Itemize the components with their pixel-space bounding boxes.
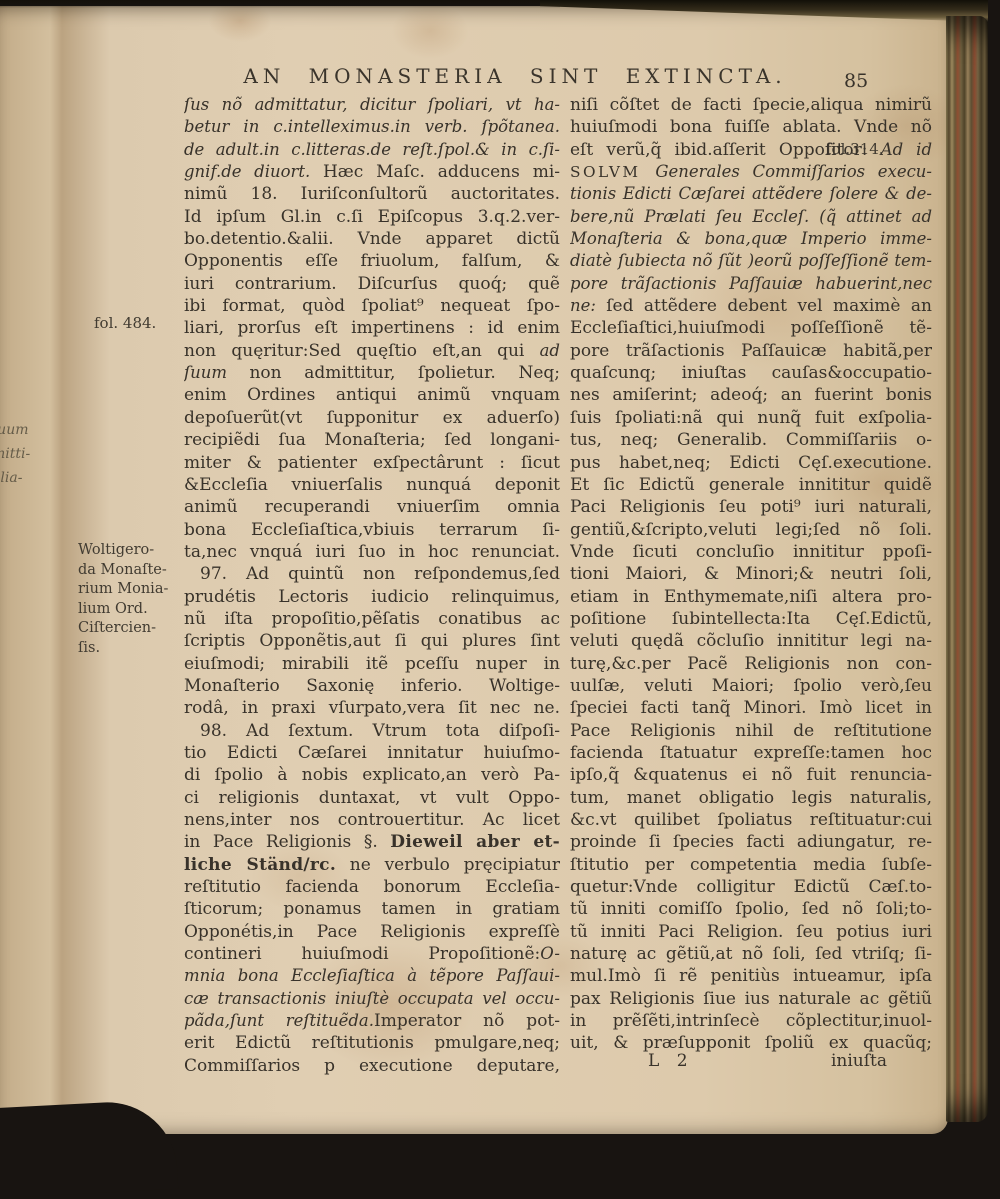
running-head: AN MONASTERIA SINT EXTINCTA. [190, 64, 840, 88]
note-line: rium Monia- [78, 580, 190, 600]
text-line: naturę ac gẽtiũ,at nõ ſoli, ſed vtriſq; … [570, 943, 932, 965]
text-line: in prẽſẽti,intrinſecè cõplectitur,inuol- [570, 1010, 932, 1032]
text-segment: Imperator nõ pot- [374, 1011, 560, 1031]
text-line: ſus nõ admittatur, dicitur ſpoliari, vt … [184, 94, 560, 116]
catchword: iniuſta [831, 1051, 887, 1074]
text-segment: etiam in Enthymemate,niſi altera pro- [570, 587, 932, 607]
page-number: 85 [844, 70, 868, 92]
text-segment: uulſæ, veluti Maiori; ſpolio verò,ſeu [570, 676, 932, 696]
text-line: bo.detentio.&alii. Vnde apparet dictũ [184, 228, 560, 250]
text-line: tio Edicti Cæſarei innitatur huiuſmo- [184, 742, 560, 764]
text-line: betur in c.intelleximus.in verb. ſpõtane… [184, 116, 560, 138]
text-segment: depoſuerũt(vt ſupponitur ex aduerſo) [184, 408, 560, 428]
text-segment: nens,inter nos controuertitur. Ac licet [184, 810, 560, 830]
text-segment: recipiẽdi ſua Monaſteria; ſed longani- [184, 430, 560, 450]
text-segment: niſi cõſtet de facti ſpecie,aliqua nimir… [570, 95, 932, 115]
text-line: niſi cõſtet de facti ſpecie,aliqua nimir… [570, 94, 932, 116]
text-line: &Eccleſia vniuerſalis nunquá deponit [184, 474, 560, 496]
book-top-edge [0, 0, 560, 8]
text-line: Monaſterio Saxonię inferio. Woltige- [184, 675, 560, 697]
text-line: eſt verũ,q̃ ibid.aſſerit Oppoſitor: Ad i… [570, 139, 932, 161]
text-segment: huiuſmodi bona fuiſſe ablata. Vnde nõ [570, 117, 932, 137]
text-line: diatè ſubiecta nõ ſũt )eorũ poſſeſſionẽ … [570, 250, 932, 272]
text-segment: SOLVM [570, 163, 655, 181]
note-line: mitti- [0, 442, 30, 466]
text-segment: pãda,ſunt reſtituẽda. [184, 1011, 374, 1030]
text-line: Et ſic Edictũ generale innititur quidẽ [570, 474, 932, 496]
text-segment: bona Eccleſiaſtica,vbiuis terrarum ſi- [184, 520, 560, 540]
text-segment: Commiſſarios p executione deputare, [184, 1056, 560, 1076]
text-segment: ſuum [184, 363, 249, 382]
text-segment: Vnde ſicuti concluſio innititur ppoſi- [570, 542, 932, 562]
text-segment: nũ iſta propoſitio,pẽſatis conatibus ac [184, 609, 560, 629]
text-line: miter & patienter exſpectârunt : ſicut [184, 452, 560, 474]
text-line: Opponentis eſſe friuolum, falſum, & [184, 250, 560, 272]
text-segment: ſpeciei facti tanq̃ Minori. Imò licet in [570, 698, 932, 718]
text-line: Pace Religionis nihil de reſtitutione [570, 720, 932, 742]
text-segment: eſt verũ,q̃ ibid.aſſerit Oppoſitor: [570, 140, 881, 160]
text-line: facienda ſtatuatur expreſſe:tamen hoc [570, 742, 932, 764]
text-segment: tioni Maiori, & Minori;& neutri ſoli, [570, 564, 932, 584]
text-segment: di ſpolio à nobis explicato,an verò Pa- [184, 765, 560, 785]
text-line: contineri huiuſmodi Propoſitionẽ:O- [184, 943, 560, 965]
note-line: olia- [0, 466, 30, 490]
text-segment: ibi format, quòd ſpoliat⁹ nequeat ſpo- [184, 296, 560, 316]
text-line: de adult.in c.litteras.de reſt.ſpol.& in… [184, 139, 560, 161]
text-line: animũ recuperandi vniuerſim omnia [184, 496, 560, 518]
text-segment: liche Ständ/rc. [184, 855, 336, 875]
text-line: SOLVM Generales Commiſſarios execu- [570, 161, 932, 183]
text-segment: bo.detentio.&alii. Vnde apparet dictũ [184, 229, 560, 249]
signature-mark: L 2 [648, 1051, 694, 1074]
note-line: ſis. [78, 639, 190, 659]
text-segment: gnif.de diuort. [184, 162, 323, 181]
text-segment: proinde ſi ſpecies facti adiungatur, re- [570, 832, 932, 852]
text-line: eiuſmodi; mirabili itẽ pceſſu nuper in [184, 653, 560, 675]
text-line: bona Eccleſiaſtica,vbiuis terrarum ſi- [184, 519, 560, 541]
text-line: pore trãſactionis Paſſauiæ habuerint,nec [570, 273, 932, 295]
text-segment: pore trãſactionis Paſſauiæ habuerint,nec [570, 274, 932, 293]
text-line: quetur:Vnde colligitur Edictũ Cæſ.to- [570, 876, 932, 898]
text-segment: enim Ordines antiqui animũ vnquam [184, 385, 560, 405]
text-line: ta,nec vnquá iuri ſuo in hoc renunciat. [184, 541, 560, 563]
signature-line: L 2 iniuſta [570, 1051, 932, 1074]
text-segment: tus, neq; Generalib. Commiſſariis o- [570, 430, 932, 450]
text-segment: miter & patienter exſpectârunt : ſicut [184, 453, 560, 473]
text-line: cæ transactionis iniuſtè occupata vel oc… [184, 988, 560, 1010]
text-segment: Monaſterio Saxonię inferio. Woltige- [184, 676, 560, 696]
text-line: &c.vt quilibet ſpoliatus reſtituatur:cui [570, 809, 932, 831]
text-line: in Pace Religionis §. Dieweil aber et- [184, 831, 560, 853]
text-line: huiuſmodi bona fuiſſe ablata. Vnde nõ [570, 116, 932, 138]
text-segment: nes amiſerint; adeoq́; an fuerint bonis [570, 385, 932, 405]
text-line: ſpeciei facti tanq̃ Minori. Imò licet in [570, 697, 932, 719]
text-segment: ſuis ſpoliati:nã qui nunq̃ fuit exſpolia… [570, 408, 932, 428]
text-segment: ſus nõ admittatur, dicitur ſpoliari, vt … [184, 95, 560, 114]
text-segment: O- [540, 944, 560, 963]
text-segment: in prẽſẽti,intrinſecè cõplectitur,inuol- [570, 1011, 932, 1031]
text-line: 97. Ad quintũ non reſpondemus,ſed [184, 563, 560, 585]
text-line: 98. Ad ſextum. Vtrum tota diſpoſi- [184, 720, 560, 742]
text-line: gentiũ,&ſcripto,veluti legi;ſed nõ ſoli. [570, 519, 932, 541]
text-line: ipſo,q̃ &quatenus ei nõ fuit renuncia- [570, 764, 932, 786]
text-segment: ta,nec vnquá iuri ſuo in hoc renunciat. [184, 542, 560, 562]
text-segment: naturę ac gẽtiũ,at nõ ſoli, ſed vtriſq; … [570, 944, 932, 964]
text-segment: de adult.in c.litteras.de reſt.ſpol.& in… [184, 140, 560, 159]
text-segment: 97. Ad quintũ non reſpondemus,ſed [200, 564, 560, 584]
text-segment: poſitione ſubintellecta:Ita Cęſ.Edictũ, [570, 609, 932, 629]
text-segment: ſticorum; ponamus tamen in gratiam [184, 899, 560, 919]
text-line: Paci Religionis ſeu poti⁹ iuri naturali, [570, 496, 932, 518]
text-line: pus habet,neq; Edicti Cęſ.executione. [570, 452, 932, 474]
text-segment: mul.Imò ſi rẽ penitiùs intueamur, ipſa [570, 966, 932, 986]
text-segment: non quęritur:Sed quęſtio eſt,an qui [184, 341, 540, 361]
text-segment: pax Religionis ſiue ius naturale ac gẽti… [570, 989, 932, 1009]
note-line: lium Ord. [78, 600, 190, 620]
text-segment: eiuſmodi; mirabili itẽ pceſſu nuper in [184, 654, 560, 674]
text-segment: pore trãſactionis Paſſauicæ habitã,per [570, 341, 932, 361]
text-segment: tionis Edicti Cæſarei attẽdere ſolere & … [570, 184, 932, 203]
text-segment: tio Edicti Cæſarei innitatur huiuſmo- [184, 743, 560, 763]
text-segment: quetur:Vnde colligitur Edictũ Cæſ.to- [570, 877, 932, 897]
text-segment: tũ inniti Paci Religion. ſeu potius iuri [570, 922, 932, 942]
gutter-bleed-text: ſuummitti-olia- [0, 418, 30, 490]
text-segment: ſed attẽdere debent vel maximè an [606, 296, 932, 316]
text-segment: erit Edictũ reſtitutionis pmulgare,neq; [184, 1033, 560, 1053]
text-line: iuri contrarium. Diſcurſus quoq́; quẽ [184, 273, 560, 295]
text-segment: ne verbulo pręcipiatur [336, 855, 560, 875]
text-segment: contineri huiuſmodi Propoſitionẽ: [184, 944, 540, 964]
text-segment: ipſo,q̃ &quatenus ei nõ fuit renuncia- [570, 765, 932, 785]
text-segment: in Pace Religionis §. [184, 832, 390, 852]
text-column-right: niſi cõſtet de facti ſpecie,aliqua nimir… [570, 94, 932, 1055]
text-segment: Ad id [881, 140, 932, 159]
margin-note-folio-left: fol. 484. [94, 314, 156, 332]
text-line: enim Ordines antiqui animũ vnquam [184, 384, 560, 406]
text-segment: reſtitutio facienda bonorum Eccleſia- [184, 877, 560, 897]
text-segment: tum, manet obligatio legis naturalis, [570, 788, 932, 808]
text-line: tionis Edicti Cæſarei attẽdere ſolere & … [570, 183, 932, 205]
text-segment: Et ſic Edictũ generale innititur quidẽ [570, 475, 932, 495]
text-segment: &Eccleſia vniuerſalis nunquá deponit [184, 475, 560, 495]
text-line: reſtitutio facienda bonorum Eccleſia- [184, 876, 560, 898]
text-segment: Opponétis,in Pace Religionis expreſſè [184, 922, 560, 942]
text-segment: nimũ 18. Iuriſconſultorũ auctoritates. [184, 184, 560, 204]
text-line: Commiſſarios p executione deputare, [184, 1055, 560, 1077]
text-line: depoſuerũt(vt ſupponitur ex aduerſo) [184, 407, 560, 429]
margin-note-woltigeroda: Woltigero-da Monaſte-rium Monia-lium Ord… [78, 541, 190, 658]
text-line: Opponétis,in Pace Religionis expreſſè [184, 921, 560, 943]
text-line: Id ipſum Gl.in c.ſi Epiſcopus 3.q.2.ver- [184, 206, 560, 228]
text-line: proinde ſi ſpecies facti adiungatur, re- [570, 831, 932, 853]
note-line: Woltigero- [78, 541, 190, 561]
text-segment: rodâ, in praxi vſurpato,vera ſit nec ne. [184, 698, 560, 718]
note-line: da Monaſte- [78, 561, 190, 581]
text-line: tioni Maiori, & Minori;& neutri ſoli, [570, 563, 932, 585]
text-line: uulſæ, veluti Maiori; ſpolio verò,ſeu [570, 675, 932, 697]
text-line: ſuis ſpoliati:nã qui nunq̃ fuit exſpolia… [570, 407, 932, 429]
text-line: prudétis Lectoris iudicio relinquimus, [184, 586, 560, 608]
text-segment: Monaſteria & bona,quæ Imperio imme- [570, 229, 932, 248]
text-line: tũ inniti Paci Religion. ſeu potius iuri [570, 921, 932, 943]
text-line: pore trãſactionis Paſſauicæ habitã,per [570, 340, 932, 362]
text-line: ci religionis duntaxat, vt vult Oppo- [184, 787, 560, 809]
text-line: etiam in Enthymemate,niſi altera pro- [570, 586, 932, 608]
text-line: mnia bona Eccleſiaſtica à tẽpore Paſſaui… [184, 965, 560, 987]
text-line: ſuum non admittitur, ſpolietur. Neq; [184, 362, 560, 384]
text-column-left: ſus nõ admittatur, dicitur ſpoliari, vt … [184, 94, 560, 1077]
text-segment: ci religionis duntaxat, vt vult Oppo- [184, 788, 560, 808]
text-segment: diatè ſubiecta nõ ſũt )eorũ poſſeſſionẽ … [570, 251, 932, 270]
text-line: di ſpolio à nobis explicato,an verò Pa- [184, 764, 560, 786]
text-line: liche Ständ/rc. ne verbulo pręcipiatur [184, 854, 560, 876]
text-line: rodâ, in praxi vſurpato,vera ſit nec ne. [184, 697, 560, 719]
text-segment: ſcriptis Opponẽtis,aut ſi qui plures ſin… [184, 631, 560, 651]
text-segment: veluti quędã cõcluſio innititur legi na- [570, 631, 932, 651]
text-line: Monaſteria & bona,quæ Imperio imme- [570, 228, 932, 250]
text-segment: &c.vt quilibet ſpoliatus reſtituatur:cui [570, 810, 932, 830]
text-line: veluti quędã cõcluſio innititur legi na- [570, 630, 932, 652]
text-segment: turę,&c.per Pacẽ Religionis non con- [570, 654, 932, 674]
text-segment: Generales Commiſſarios execu- [655, 162, 932, 181]
text-segment: betur in c.intelleximus.in verb. ſpõtane… [184, 117, 560, 136]
text-line: ibi format, quòd ſpoliat⁹ nequeat ſpo- [184, 295, 560, 317]
note-line: ſuum [0, 418, 30, 442]
text-line: ſticorum; ponamus tamen in gratiam [184, 898, 560, 920]
text-line: liari, prorſus eſt impertinens : id enim [184, 317, 560, 339]
text-segment: pus habet,neq; Edicti Cęſ.executione. [570, 453, 932, 473]
text-segment: cæ transactionis iniuſtè occupata vel oc… [184, 989, 560, 1008]
text-line: poſitione ſubintellecta:Ita Cęſ.Edictũ, [570, 608, 932, 630]
text-segment: quaſcunq; iniuſtas cauſas&occupatio- [570, 363, 932, 383]
text-line: ſtitutio per competentia media ſubſe- [570, 854, 932, 876]
text-segment: Eccleſiaſtici,huiuſmodi poſſeſſionẽ tẽ- [570, 318, 932, 338]
book-scan-photo: AN MONASTERIA SINT EXTINCTA. 85 fol. 484… [0, 0, 1000, 1184]
text-line: tus, neq; Generalib. Commiſſariis o- [570, 429, 932, 451]
text-line: tũ inniti comiſſo ſpolio, ſed nõ ſoli;to… [570, 898, 932, 920]
text-line: ſcriptis Opponẽtis,aut ſi qui plures ſin… [184, 630, 560, 652]
text-line: turę,&c.per Pacẽ Religionis non con- [570, 653, 932, 675]
text-line: gnif.de diuort. Hæc Maſc. adducens mi- [184, 161, 560, 183]
text-segment: Paci Religionis ſeu poti⁹ iuri naturali, [570, 497, 932, 517]
text-segment: 98. Ad ſextum. Vtrum tota diſpoſi- [200, 721, 560, 741]
text-segment: Opponentis eſſe friuolum, falſum, & [184, 251, 560, 271]
text-line: tum, manet obligatio legis naturalis, [570, 787, 932, 809]
fore-edge-page-stack [946, 16, 988, 1122]
text-segment: Id ipſum Gl.in c.ſi Epiſcopus 3.q.2.ver- [184, 207, 560, 227]
text-segment: animũ recuperandi vniuerſim omnia [184, 497, 560, 517]
text-segment: non admittitur, ſpolietur. Neq; [249, 363, 560, 383]
text-line: ne: ſed attẽdere debent vel maximè an [570, 295, 932, 317]
text-segment: prudétis Lectoris iudicio relinquimus, [184, 587, 560, 607]
text-segment: mnia bona Eccleſiaſtica à tẽpore Paſſaui… [184, 966, 560, 985]
text-line: nens,inter nos controuertitur. Ac licet [184, 809, 560, 831]
text-segment: Pace Religionis nihil de reſtitutione [570, 721, 932, 741]
text-segment: liari, prorſus eſt impertinens : id enim [184, 318, 560, 338]
text-line: nes amiſerint; adeoq́; an fuerint bonis [570, 384, 932, 406]
text-segment: ne: [570, 296, 606, 315]
text-line: erit Edictũ reſtitutionis pmulgare,neq; [184, 1032, 560, 1054]
text-segment: ad [540, 341, 560, 360]
note-line: Ciſtercien- [78, 619, 190, 639]
text-line: quaſcunq; iniuſtas cauſas&occupatio- [570, 362, 932, 384]
text-segment: facienda ſtatuatur expreſſe:tamen hoc [570, 743, 932, 763]
text-segment: tũ inniti comiſſo ſpolio, ſed nõ ſoli;to… [570, 899, 932, 919]
text-segment: Hæc Maſc. adducens mi- [323, 162, 560, 182]
text-line: non quęritur:Sed quęſtio eſt,an qui ad [184, 340, 560, 362]
text-line: pãda,ſunt reſtituẽda.Imperator nõ pot- [184, 1010, 560, 1032]
text-line: mul.Imò ſi rẽ penitiùs intueamur, ipſa [570, 965, 932, 987]
text-line: pax Religionis ſiue ius naturale ac gẽti… [570, 988, 932, 1010]
text-line: recipiẽdi ſua Monaſteria; ſed longani- [184, 429, 560, 451]
text-segment: Dieweil aber et- [390, 832, 560, 852]
text-line: Eccleſiaſtici,huiuſmodi poſſeſſionẽ tẽ- [570, 317, 932, 339]
text-line: Vnde ſicuti concluſio innititur ppoſi- [570, 541, 932, 563]
text-line: nimũ 18. Iuriſconſultorũ auctoritates. [184, 183, 560, 205]
text-segment: bere,nũ Prælati ſeu Eccleſ. (q̃ attinet … [570, 207, 932, 226]
text-line: bere,nũ Prælati ſeu Eccleſ. (q̃ attinet … [570, 206, 932, 228]
text-segment: gentiũ,&ſcripto,veluti legi;ſed nõ ſoli. [570, 520, 932, 540]
text-segment: iuri contrarium. Diſcurſus quoq́; quẽ [184, 274, 560, 294]
text-segment: ſtitutio per competentia media ſubſe- [570, 855, 932, 875]
text-line: nũ iſta propoſitio,pẽſatis conatibus ac [184, 608, 560, 630]
